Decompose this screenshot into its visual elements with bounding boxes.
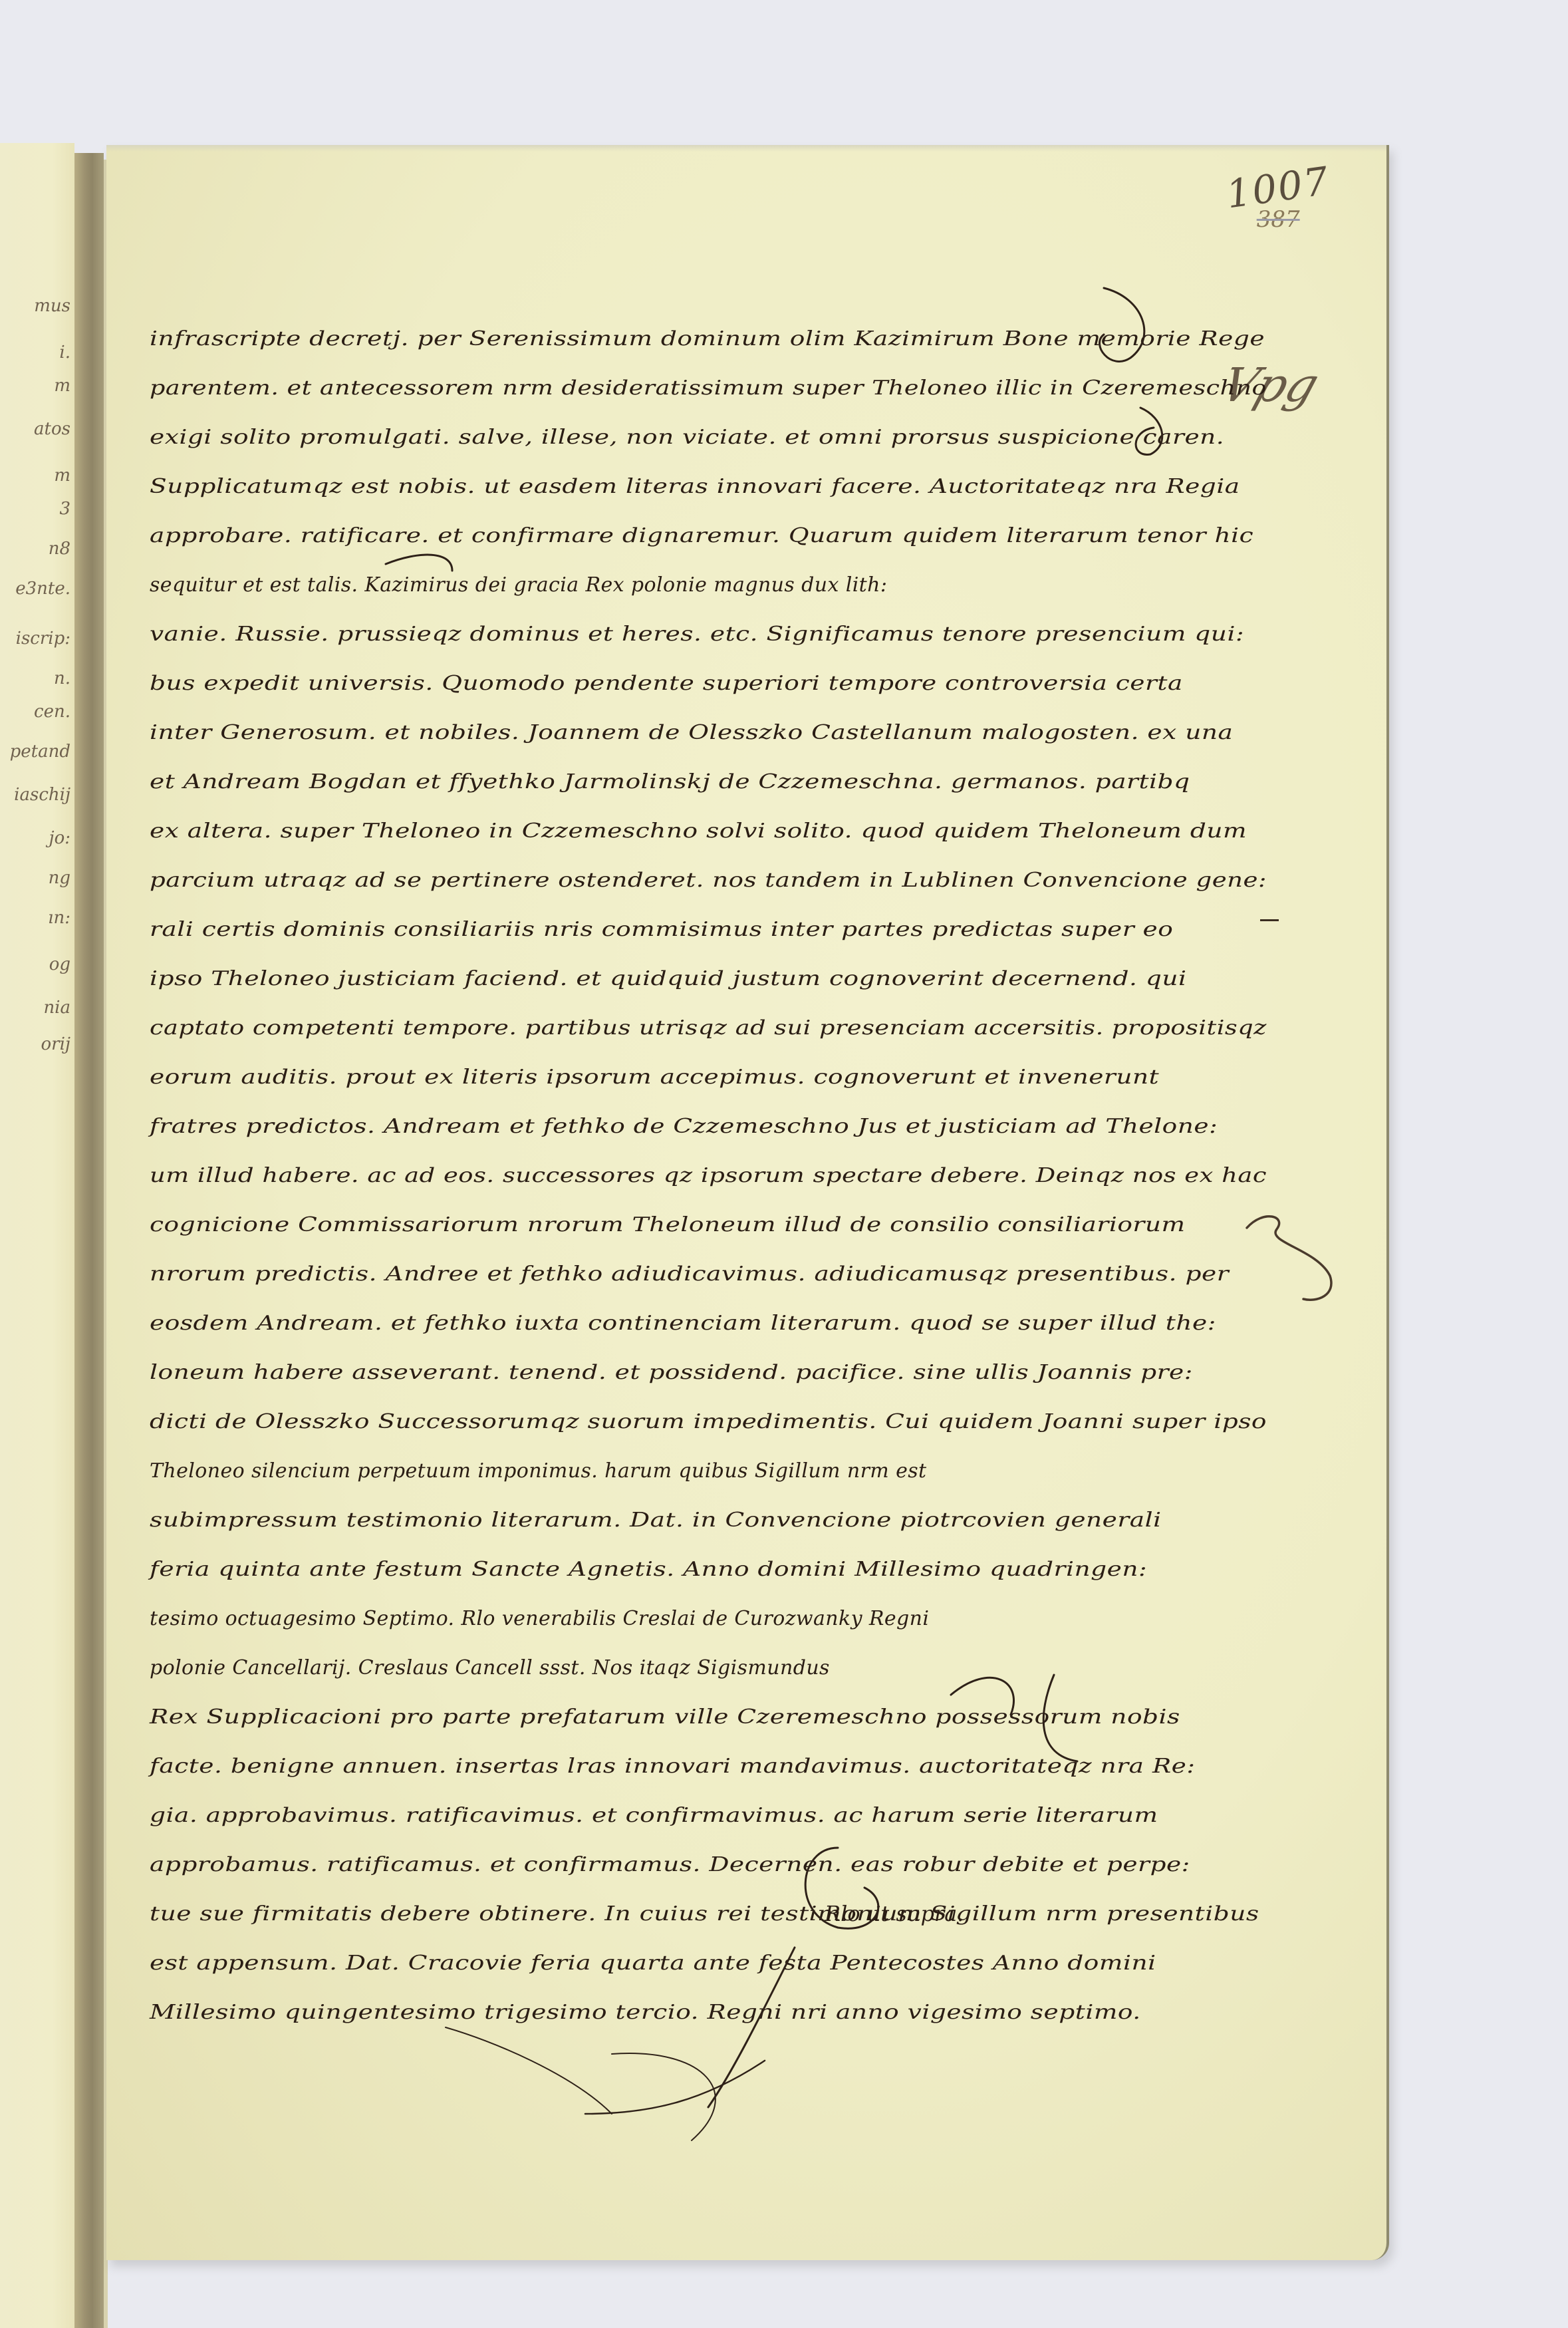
text-line: Millesimo quingentesimo trigesimo tercio… [150,1988,1280,2037]
text-line: captato competenti tempore. partibus utr… [150,1004,1280,1053]
text-line-content: feria quinta ante festum Sancte Agnetis.… [150,1545,1147,1594]
text-line: parcium utraqz ad se pertinere ostendere… [150,856,1280,905]
text-line-content: Rex Supplicacioni pro parte prefatarum v… [150,1693,1180,1742]
left-page-fragment: ng [49,868,70,888]
left-page-fragment: orij [41,1034,70,1054]
left-page-fragment: mus [34,296,70,316]
text-line-content: Millesimo quingentesimo trigesimo tercio… [150,1988,1141,2037]
left-page-fragment: iaschij [14,785,70,805]
text-line: tue sue firmitatis debere obtinere. In c… [150,1890,1280,1939]
foliation: 1007 387 [1226,165,1330,233]
left-page-fragment: jo: [49,828,70,848]
left-page-fragment: nia [43,998,70,1018]
text-line: ipso Theloneo justiciam faciend. et quid… [150,954,1280,1004]
text-line-content: Theloneo silencium perpetuum imponimus. … [150,1447,927,1496]
text-line: bus expedit universis. Quomodo pendente … [150,659,1280,708]
text-line: Rex Supplicacioni pro parte prefatarum v… [150,1693,1280,1742]
text-line-content: parentem. et antecessorem nrm desiderati… [150,364,1267,413]
left-page-fragment: n. [54,668,70,688]
text-line: rali certis dominis consiliariis nris co… [150,905,1280,954]
text-line-content: loneum habere asseverant. tenend. et pos… [150,1348,1193,1397]
text-line-content: polonie Cancellarij. Creslaus Cancell ss… [150,1644,830,1693]
text-line-content: cognicione Commissariorum nrorum Thelone… [150,1201,1186,1250]
text-line: um illud habere. ac ad eos. successores … [150,1151,1280,1201]
left-page-fragment: atos [34,419,70,439]
text-line-content: est appensum. Dat. Cracovie feria quarta… [150,1939,1156,1988]
text-line: est appensum. Dat. Cracovie feria quarta… [150,1939,1280,1988]
text-line: approbamus. ratificamus. et confirmamus.… [150,1840,1280,1890]
text-line: infrascripte decretj. per Serenissimum d… [150,315,1280,364]
text-line: parentem. et antecessorem nrm desiderati… [150,364,1280,413]
left-facing-page: musi.matosm3n8e3nte.iscrip:n.cen.petandi… [0,143,74,2328]
text-line-content: eorum auditis. prout ex literis ipsorum … [150,1053,1159,1102]
text-line-content: infrascripte decretj. per Serenissimum d… [150,315,1265,364]
text-line-content: inter Generosum. et nobiles. Joannem de … [150,708,1233,758]
text-line: sequitur et est talis. Kazimirus dei gra… [150,561,1280,610]
text-line: fratres predictos. Andream et fethko de … [150,1102,1280,1151]
text-line-content: exigi solito promulgati. salve, illese, … [150,413,1224,462]
left-page-fragment: m [54,376,70,396]
text-line-content: um illud habere. ac ad eos. successores … [150,1151,1267,1201]
text-line-content: parcium utraqz ad se pertinere ostendere… [150,856,1267,905]
text-line: dicti de Olesszko Successorumqz suorum i… [150,1397,1280,1447]
text-line: approbare. ratificare. et confirmare dig… [150,511,1280,561]
closing-note: Rlo ut supra. [825,1901,964,1926]
text-line-content: gia. approbavimus. ratificavimus. et con… [150,1791,1158,1840]
text-line: eosdem Andream. et fethko iuxta continen… [150,1299,1280,1348]
left-page-fragment: og [49,954,70,974]
left-page-fragment: petand [10,742,70,762]
text-line: inter Generosum. et nobiles. Joannem de … [150,708,1280,758]
charter-text: infrascripte decretj. per Serenissimum d… [150,315,1280,2037]
manuscript-page: 1007 387 Vpg infrascripte decretj. per S… [106,145,1389,2260]
margin-dash-mark [1260,919,1279,921]
text-line: Supplicatumqz est nobis. ut easdem liter… [150,462,1280,511]
text-line-content: rali certis dominis consiliariis nris co… [150,905,1173,954]
text-line-content: facte. benigne annuen. insertas lras inn… [150,1742,1196,1791]
text-line: vanie. Russie. prussieqz dominus et here… [150,610,1280,659]
text-line: nrorum predictis. Andree et fethko adiud… [150,1250,1280,1299]
book-gutter [74,153,104,2328]
text-line: et Andream Bogdan et ffyethko Jarmolinsk… [150,758,1280,807]
text-line: exigi solito promulgati. salve, illese, … [150,413,1280,462]
text-line-content: fratres predictos. Andream et fethko de … [150,1102,1218,1151]
text-line-content: eosdem Andream. et fethko iuxta continen… [150,1299,1216,1348]
text-line: subimpressum testimonio literarum. Dat. … [150,1496,1280,1545]
text-line-content: approbamus. ratificamus. et confirmamus.… [150,1840,1190,1890]
text-line-content: captato competenti tempore. partibus utr… [150,1004,1267,1053]
text-line-content: approbare. ratificare. et confirmare dig… [150,511,1253,561]
left-page-fragment: m [54,466,70,486]
left-page-fragment: iscrip: [16,629,70,649]
left-page-fragment: n8 [49,539,70,559]
text-line: cognicione Commissariorum nrorum Thelone… [150,1201,1280,1250]
text-line-content: bus expedit universis. Quomodo pendente … [150,659,1183,708]
left-page-fragment: e3nte. [15,579,70,599]
text-line-content: ex altera. super Theloneo in Czzemeschno… [150,807,1247,856]
text-line: loneum habere asseverant. tenend. et pos… [150,1348,1280,1397]
text-line-content: et Andream Bogdan et ffyethko Jarmolinsk… [150,758,1190,807]
text-line: ex altera. super Theloneo in Czzemeschno… [150,807,1280,856]
text-line-content: subimpressum testimonio literarum. Dat. … [150,1496,1162,1545]
text-line: Theloneo silencium perpetuum imponimus. … [150,1447,1280,1496]
text-line-content: Supplicatumqz est nobis. ut easdem liter… [150,462,1240,511]
text-line: feria quinta ante festum Sancte Agnetis.… [150,1545,1280,1594]
left-page-fragment: ın: [48,908,70,928]
text-line-content: sequitur et est talis. Kazimirus dei gra… [150,561,887,610]
text-line-content: nrorum predictis. Andree et fethko adiud… [150,1250,1229,1299]
text-line-content: dicti de Olesszko Successorumqz suorum i… [150,1397,1267,1447]
text-line-content: tue sue firmitatis debere obtinere. In c… [150,1890,1259,1939]
text-line: polonie Cancellarij. Creslaus Cancell ss… [150,1644,1280,1693]
text-line-content: ipso Theloneo justiciam faciend. et quid… [150,954,1187,1004]
left-page-fragment: cen. [34,702,70,722]
text-line: tesimo octuagesimo Septimo. Rlo venerabi… [150,1594,1280,1644]
text-line: gia. approbavimus. ratificavimus. et con… [150,1791,1280,1840]
text-line-content: tesimo octuagesimo Septimo. Rlo venerabi… [150,1594,929,1644]
left-page-fragment: i. [59,343,70,363]
text-line: eorum auditis. prout ex literis ipsorum … [150,1053,1280,1102]
left-page-fragment: 3 [59,499,70,519]
text-line: facte. benigne annuen. insertas lras inn… [150,1742,1280,1791]
text-line-content: vanie. Russie. prussieqz dominus et here… [150,610,1244,659]
